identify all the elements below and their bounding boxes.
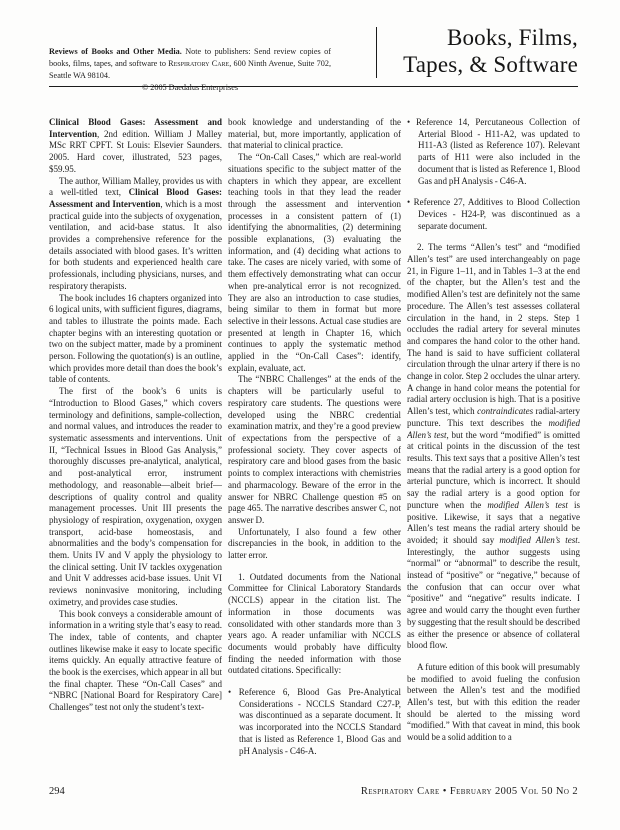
paragraph: 1. Outdated documents from the National … bbox=[228, 572, 401, 677]
text-run: , which is a most practical guide into t… bbox=[49, 199, 222, 291]
bullet-item: • Reference 6, Blood Gas Pre-Analytical … bbox=[228, 687, 401, 757]
journal-name-smallcaps: Respiratory Care bbox=[168, 59, 229, 68]
text-run: modified Allen’s test bbox=[487, 500, 567, 510]
page-footer: 294 Respiratory Care • February 2005 Vol… bbox=[49, 786, 578, 797]
copyright-line: © 2005 Daedalus Enterprises bbox=[49, 82, 331, 94]
text-run: The “NBRC Challenges” at the ends of the… bbox=[228, 374, 401, 524]
text-run: . Interestingly, the author suggests usi… bbox=[407, 535, 580, 650]
bullet-item: • Reference 27, Additives to Blood Colle… bbox=[407, 197, 580, 232]
column-2: book knowledge and understanding of the … bbox=[228, 117, 401, 798]
text-run: Reference 27, Additives to Blood Collect… bbox=[414, 197, 580, 230]
text-run: 1. Outdated documents from the National … bbox=[228, 572, 401, 676]
text-run: contraindicates bbox=[477, 406, 533, 416]
paragraph: 2. The terms “Allen’s test” and “modifie… bbox=[407, 242, 580, 652]
paragraph: The “On-Call Cases,” which are real-worl… bbox=[228, 152, 401, 374]
column-3: • Reference 14, Percutaneous Collection … bbox=[407, 117, 580, 798]
paragraph: The author, William Malley, provides us … bbox=[49, 176, 222, 293]
text-run: The book includes 16 chapters organized … bbox=[49, 293, 222, 385]
text-run: 2. The terms “Allen’s test” and “modifie… bbox=[407, 242, 580, 416]
text-run: , but the word “modified” is omitted at … bbox=[407, 430, 580, 510]
paragraph: This book conveys a considerable amount … bbox=[49, 609, 222, 714]
bullet-icon: • bbox=[407, 117, 416, 127]
journal-footer-line: Respiratory Care • February 2005 Vol 50 … bbox=[361, 786, 578, 797]
paragraph: book knowledge and understanding of the … bbox=[228, 117, 401, 152]
text-run: book knowledge and understanding of the … bbox=[228, 117, 401, 150]
review-body: Clinical Blood Gases: Assessment and Int… bbox=[49, 117, 580, 798]
text-run: Reference 14, Percutaneous Collection of… bbox=[416, 117, 580, 186]
page-number: 294 bbox=[49, 786, 65, 797]
section-title-line2: Tapes, & Software bbox=[348, 51, 578, 78]
text-run: The “On-Call Cases,” which are real-worl… bbox=[228, 152, 401, 373]
text-run: Reference 6, Blood Gas Pre-Analytical Co… bbox=[239, 687, 401, 756]
paragraph: A future edition of this book will presu… bbox=[407, 662, 580, 744]
bullet-icon: • bbox=[228, 687, 239, 697]
bullet-item: • Reference 14, Percutaneous Collection … bbox=[407, 117, 580, 187]
journal-page: Reviews of Books and Other Media. Note t… bbox=[0, 0, 620, 830]
paragraph: The “NBRC Challenges” at the ends of the… bbox=[228, 374, 401, 526]
column-1: Clinical Blood Gases: Assessment and Int… bbox=[49, 117, 222, 798]
text-run: This book conveys a considerable amount … bbox=[49, 609, 222, 713]
section-title-line1: Books, Films, bbox=[348, 24, 578, 51]
section-title: Books, Films, Tapes, & Software bbox=[348, 24, 578, 78]
paragraph: The book includes 16 chapters organized … bbox=[49, 293, 222, 387]
text-run: The first of the book’s 6 units is “Intr… bbox=[49, 386, 222, 607]
bullet-icon: • bbox=[407, 197, 414, 207]
paragraph: Unfortunately, I also found a few other … bbox=[228, 527, 401, 562]
text-run: A future edition of this book will presu… bbox=[407, 662, 580, 742]
text-run: Unfortunately, I also found a few other … bbox=[228, 527, 401, 560]
paragraph: Clinical Blood Gases: Assessment and Int… bbox=[49, 117, 222, 176]
header-rule bbox=[49, 86, 578, 87]
publisher-note-lead: Reviews of Books and Other Media. bbox=[49, 47, 182, 56]
paragraph: The first of the book’s 6 units is “Intr… bbox=[49, 386, 222, 608]
text-run: modified Allen’s test bbox=[499, 535, 577, 545]
